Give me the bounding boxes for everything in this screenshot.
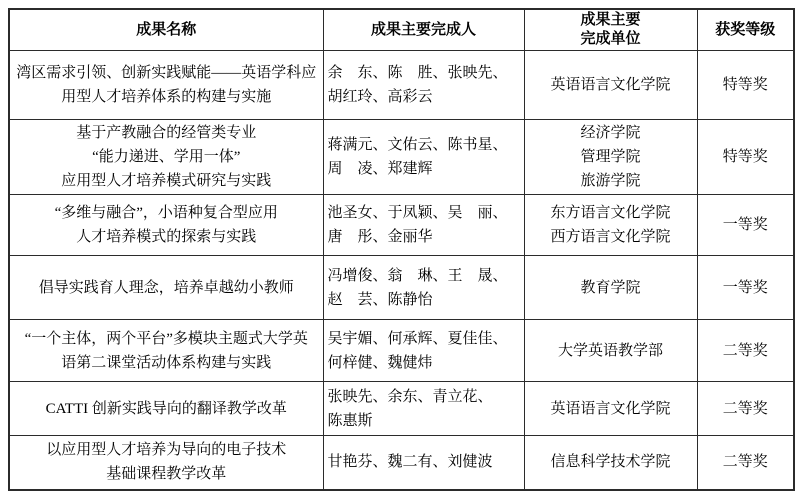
cell-unit: 大学英语教学部 (524, 320, 697, 382)
cell-award-level: 一等奖 (697, 256, 794, 320)
cell-unit: 东方语言文化学院 西方语言文化学院 (524, 195, 697, 256)
column-header-unit: 成果主要 完成单位 (524, 9, 697, 51)
cell-award-level: 二等奖 (697, 436, 794, 490)
cell-contributors: 余 东、陈 胜、张映先、 胡红玲、高彩云 (323, 51, 524, 120)
header-row: 成果名称 成果主要完成人 成果主要 完成单位 获奖等级 (9, 9, 794, 51)
cell-award-level: 一等奖 (697, 195, 794, 256)
table-row: 基于产教融合的经管类专业 “能力递进、学用一体” 应用型人才培养模式研究与实践 … (9, 120, 794, 195)
column-header-contributors: 成果主要完成人 (323, 9, 524, 51)
column-header-award-level: 获奖等级 (697, 9, 794, 51)
cell-award-level: 二等奖 (697, 382, 794, 436)
cell-contributors: 甘艳芬、魏二有、刘健波 (323, 436, 524, 490)
cell-contributors: 冯增俊、翁 琳、王 晟、 赵 芸、陈静怡 (323, 256, 524, 320)
cell-contributors: 蒋满元、文佑云、陈书星、 周 凌、郑建辉 (323, 120, 524, 195)
cell-achievement-name: CATTI 创新实践导向的翻译教学改革 (9, 382, 323, 436)
table-row: 以应用型人才培养为导向的电子技术 基础课程教学改革 甘艳芬、魏二有、刘健波 信息… (9, 436, 794, 490)
cell-achievement-name: 以应用型人才培养为导向的电子技术 基础课程教学改革 (9, 436, 323, 490)
cell-achievement-name: 倡导实践育人理念，培养卓越幼小教师 (9, 256, 323, 320)
table-row: “一个主体，两个平台”多模块主题式大学英 语第二课堂活动体系构建与实践 吴宇媚、… (9, 320, 794, 382)
cell-achievement-name: 湾区需求引领、创新实践赋能——英语学科应 用型人才培养体系的构建与实施 (9, 51, 323, 120)
cell-achievement-name: “多维与融合”，小语种复合型应用 人才培养模式的探索与实践 (9, 195, 323, 256)
table-row: “多维与融合”，小语种复合型应用 人才培养模式的探索与实践 池圣女、于凤颖、吴 … (9, 195, 794, 256)
cell-achievement-name: “一个主体，两个平台”多模块主题式大学英 语第二课堂活动体系构建与实践 (9, 320, 323, 382)
cell-unit: 英语语言文化学院 (524, 51, 697, 120)
cell-award-level: 二等奖 (697, 320, 794, 382)
cell-unit: 经济学院 管理学院 旅游学院 (524, 120, 697, 195)
cell-award-level: 特等奖 (697, 51, 794, 120)
table-row: 倡导实践育人理念，培养卓越幼小教师 冯增俊、翁 琳、王 晟、 赵 芸、陈静怡 教… (9, 256, 794, 320)
awards-table: 成果名称 成果主要完成人 成果主要 完成单位 获奖等级 湾区需求引领、创新实践赋… (8, 8, 795, 491)
cell-unit: 英语语言文化学院 (524, 382, 697, 436)
cell-unit: 信息科学技术学院 (524, 436, 697, 490)
cell-contributors: 池圣女、于凤颖、吴 丽、 唐 彤、金丽华 (323, 195, 524, 256)
cell-unit: 教育学院 (524, 256, 697, 320)
cell-contributors: 吴宇媚、何承辉、夏佳佳、 何梓健、魏健炜 (323, 320, 524, 382)
column-header-achievement-name: 成果名称 (9, 9, 323, 51)
table-row: CATTI 创新实践导向的翻译教学改革 张映先、余东、青立花、 陈惠斯 英语语言… (9, 382, 794, 436)
table-row: 湾区需求引领、创新实践赋能——英语学科应 用型人才培养体系的构建与实施 余 东、… (9, 51, 794, 120)
cell-achievement-name: 基于产教融合的经管类专业 “能力递进、学用一体” 应用型人才培养模式研究与实践 (9, 120, 323, 195)
cell-contributors: 张映先、余东、青立花、 陈惠斯 (323, 382, 524, 436)
cell-award-level: 特等奖 (697, 120, 794, 195)
